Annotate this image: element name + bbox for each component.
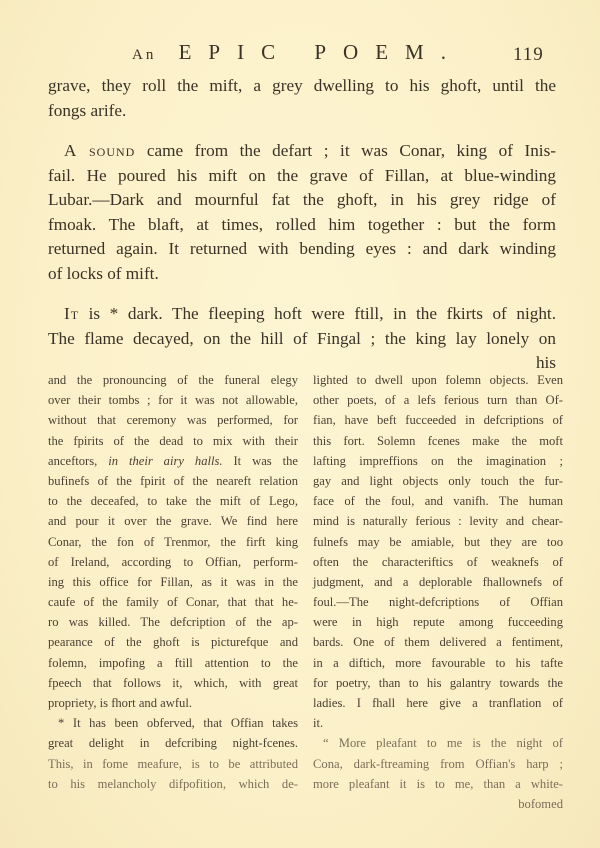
note-line: often the characteriftics of weaknefs of <box>313 552 563 572</box>
text-line: It is * dark. The fleeping hoft were fti… <box>48 302 556 327</box>
text-line: fongs arife. <box>48 99 556 124</box>
page-number: 119 <box>513 44 544 66</box>
text-run: is * dark. The fleeping hoft were ftill,… <box>79 304 556 323</box>
text-run: came from the defart ; it was Conar, kin… <box>135 141 556 160</box>
text-run: anceftors, <box>48 454 108 468</box>
note-line: judgment, and a deplorable fhallownefs o… <box>313 572 563 592</box>
text-line: The flame decayed, on the hill of Fingal… <box>48 327 556 352</box>
note-line: were in high repute among fucceeding <box>313 612 563 632</box>
note-line: and pour it over the grave. We find here <box>48 511 298 531</box>
italic-phrase: in their airy halls. <box>108 454 222 468</box>
text-line: A sound came from the defart ; it was Co… <box>48 139 556 164</box>
note-line: fian, have beft fucceeded in defcription… <box>313 410 563 430</box>
catchword: bofomed <box>313 794 563 814</box>
footnote-column-left: and the pronouncing of the funeral elegy… <box>48 370 298 794</box>
note-line: other poets, of a lefs ferious turn than… <box>313 390 563 410</box>
note-line: of Ireland, according to Offian, perform… <box>48 552 298 572</box>
note-line: Cona, dark-ftreaming from Offian's harp … <box>313 754 563 774</box>
note-line: fpeech that follows it, which, with grea… <box>48 673 298 693</box>
note-line: This, in fome meafure, is to be attribut… <box>48 754 298 774</box>
note-line: and the pronouncing of the funeral elegy <box>48 370 298 390</box>
note-line: lafting impreffions on the imagination ; <box>313 451 563 471</box>
note-line: it. <box>313 713 563 733</box>
text-line: of locks of mift. <box>48 262 556 287</box>
paragraph-3: It is * dark. The fleeping hoft were fti… <box>48 302 556 376</box>
note-line: mind is naturally ferious : levity and c… <box>313 511 563 531</box>
note-line: without that ceremony was performed, for <box>48 410 298 430</box>
note-line: folemn, impofing a ftill attention to th… <box>48 653 298 673</box>
paragraph-lead: It <box>64 304 79 323</box>
note-line: great delight in defcribing night-fcenes… <box>48 733 298 753</box>
text-line: returned again. It returned with bending… <box>48 237 556 262</box>
book-page: An EPIC POEM. 119 grave, they roll the m… <box>0 0 600 848</box>
note-line: over their tombs ; for it was not allowa… <box>48 390 298 410</box>
note-line: caufe of the family of Conar, that that … <box>48 592 298 612</box>
note-line: bards. One of them delivered a fentiment… <box>313 632 563 652</box>
note-line: ladies. I fhall here give a tranflation … <box>313 693 563 713</box>
note-line: foul.—The night-defcriptions of Offian <box>313 592 563 612</box>
paragraph-1: grave, they roll the mift, a grey dwelli… <box>48 74 556 123</box>
note-line: ro was killed. The defcription of the ap… <box>48 612 298 632</box>
note-line: Conar, the fon of Trenmor, the firft kin… <box>48 532 298 552</box>
note-line: bufinefs of the fpirit of the neareft re… <box>48 471 298 491</box>
note-line: for poetry, than to his galantry towards… <box>313 673 563 693</box>
note-line: pearance of the ghoft is picturefque and <box>48 632 298 652</box>
note-line: to his melancholy difpofition, which de- <box>48 774 298 794</box>
note-line: propriety, is fhort and awful. <box>48 693 298 713</box>
main-text: grave, they roll the mift, a grey dwelli… <box>48 74 556 392</box>
note-line: anceftors, in their airy halls. It was t… <box>48 451 298 471</box>
text-line: grave, they roll the mift, a grey dwelli… <box>48 74 556 99</box>
note-line: * It has been obferved, that Offian take… <box>48 713 298 733</box>
paragraph-2: A sound came from the defart ; it was Co… <box>48 139 556 286</box>
paragraph-lead: A sound <box>64 141 135 160</box>
text-line: Lubar.—Dark and mournful fat the ghoft, … <box>48 188 556 213</box>
running-head: An EPIC POEM. 119 <box>0 40 600 70</box>
note-line: this fort. Solemn fcenes make the moft <box>313 431 563 451</box>
note-line: face of the foul, and vanifh. The human <box>313 491 563 511</box>
running-title-main: EPIC POEM. <box>179 40 463 64</box>
note-line: “ More pleafant to me is the night of <box>313 733 563 753</box>
running-title-prefix: An <box>132 47 156 63</box>
note-line: gay and light objects only touch the fur… <box>313 471 563 491</box>
note-line: lighted to dwell upon folemn objects. Ev… <box>313 370 563 390</box>
note-line: the fpirits of the dead to mix with thei… <box>48 431 298 451</box>
note-line: ing this office for Fillan, as it was in… <box>48 572 298 592</box>
note-line: fulnefs may be amiable, but they are too <box>313 532 563 552</box>
footnote-column-right: lighted to dwell upon folemn objects. Ev… <box>313 370 563 814</box>
text-run: It was the <box>223 454 298 468</box>
note-line: more pleafant it is to me, than a white- <box>313 774 563 794</box>
note-line: to the deceafed, to take the mift of Leg… <box>48 491 298 511</box>
text-line: fmoak. The blaft, at times, rolled him t… <box>48 213 556 238</box>
note-line: in a diftich, more favourable to his taf… <box>313 653 563 673</box>
running-title: An EPIC POEM. <box>132 40 463 65</box>
text-line: fail. He poured his mift on the grave of… <box>48 164 556 189</box>
